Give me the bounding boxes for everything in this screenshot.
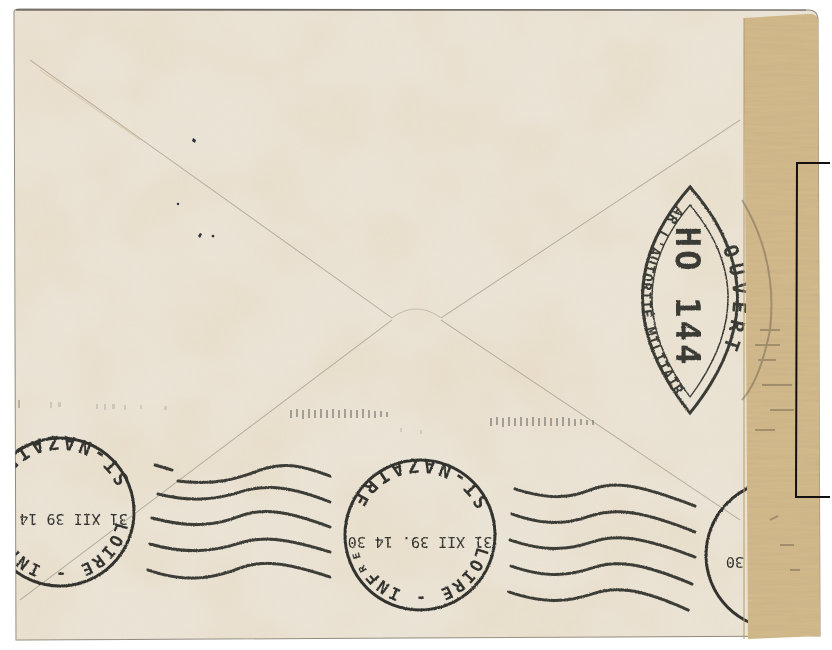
left-postmark-date: 31 XII 39 14 30 [0,510,128,528]
censor-mark-code: HO 144 [667,227,707,368]
censor-tape [742,14,830,639]
center-postmark-date: 31 XII 39. 14 30 [348,533,493,551]
envelope-photo: LOIRE - INFᴿᴱ ST-NAZAIRE 31 XII 39. 14 3… [0,0,832,650]
envelope-svg: LOIRE - INFᴿᴱ ST-NAZAIRE 31 XII 39. 14 3… [0,0,832,650]
